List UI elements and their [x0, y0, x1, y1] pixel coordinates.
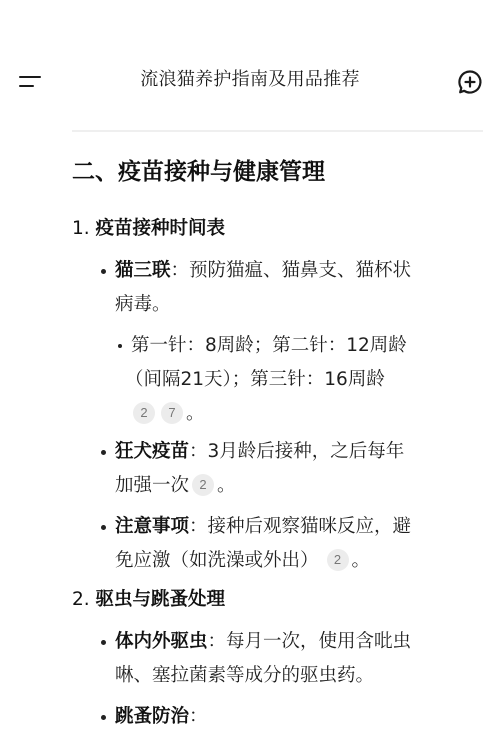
- separator: ：: [189, 516, 208, 537]
- item-label: 体内外驱虫: [115, 631, 208, 652]
- list-item-rabies-vaccine: 狂犬疫苗：3月龄后接种，之后每年 加强一次2。: [115, 435, 480, 503]
- conversation-title[interactable]: 流浪猫养护指南及用品推荐: [80, 67, 420, 93]
- separator: ：: [171, 260, 190, 281]
- list-item-fvrcp: 猫三联：预防猫瘟、猫鼻支、猫杯状 病毒。: [115, 254, 480, 322]
- item-text: 每月一次，使用含吡虫: [226, 631, 411, 652]
- subsection-title: 驱虫与跳蚤处理: [96, 589, 226, 610]
- period: 。: [352, 550, 371, 571]
- bullet-icon: [101, 450, 106, 455]
- separator: ：: [189, 706, 208, 727]
- item-text: 3月龄后接种，之后每年: [208, 441, 405, 462]
- item-label: 狂犬疫苗: [115, 441, 189, 462]
- item-text-continued: 加强一次: [115, 475, 189, 496]
- sub-list-item-injection-schedule: 第一针：8周龄；第二针：12周龄 （间隔21天）；第三针：16周龄 27。: [131, 329, 481, 431]
- divider: [72, 130, 483, 132]
- subsection-title: 疫苗接种时间表: [96, 218, 226, 239]
- list-number: 1.: [72, 218, 90, 239]
- item-text-continued: （间隔21天）；第三针：16周龄: [125, 369, 385, 390]
- list-item-precautions: 注意事项：接种后观察猫咪反应，避 免应激（如洗澡或外出）2。: [115, 510, 480, 578]
- citation-badge[interactable]: 2: [327, 549, 349, 571]
- citation-badge[interactable]: 2: [133, 402, 155, 424]
- section-heading: 二、疫苗接种与健康管理: [72, 156, 325, 188]
- item-text: 第一针：8周龄；第二针：12周龄: [131, 335, 407, 356]
- bullet-icon: [118, 344, 122, 348]
- bullet-icon: [101, 525, 106, 530]
- separator: ：: [208, 631, 227, 652]
- list-item-internal-external-deworming: 体内外驱虫：每月一次，使用含吡虫 啉、塞拉菌素等成分的驱虫药。: [115, 625, 480, 693]
- item-label: 猫三联: [115, 260, 171, 281]
- subsection-heading-vaccine-schedule: 1. 疫苗接种时间表: [72, 215, 225, 243]
- menu-button[interactable]: [14, 68, 46, 94]
- citation-badge[interactable]: 7: [161, 402, 183, 424]
- period: 。: [186, 403, 205, 424]
- citation-badge[interactable]: 2: [192, 474, 214, 496]
- chat-bubble-plus-icon: [455, 67, 485, 97]
- item-text: 接种后观察猫咪反应，避: [208, 516, 412, 537]
- period: 。: [217, 475, 236, 496]
- bullet-icon: [101, 715, 106, 720]
- subsection-heading-deworming: 2. 驱虫与跳蚤处理: [72, 586, 225, 614]
- item-label: 注意事项: [115, 516, 189, 537]
- new-chat-button[interactable]: [455, 67, 485, 97]
- list-number: 2.: [72, 589, 90, 610]
- separator: ：: [189, 441, 208, 462]
- top-bar: 流浪猫养护指南及用品推荐: [0, 56, 500, 106]
- item-label: 跳蚤防治: [115, 706, 189, 727]
- item-text-continued: 啉、塞拉菌素等成分的驱虫药。: [115, 665, 374, 686]
- bullet-icon: [101, 640, 106, 645]
- item-text: 预防猫瘟、猫鼻支、猫杯状: [189, 260, 411, 281]
- item-text-continued: 免应激（如洗澡或外出）: [115, 550, 319, 571]
- item-text-continued: 病毒。: [115, 294, 171, 315]
- bullet-icon: [101, 269, 106, 274]
- list-item-flea-control: 跳蚤防治：: [115, 700, 480, 732]
